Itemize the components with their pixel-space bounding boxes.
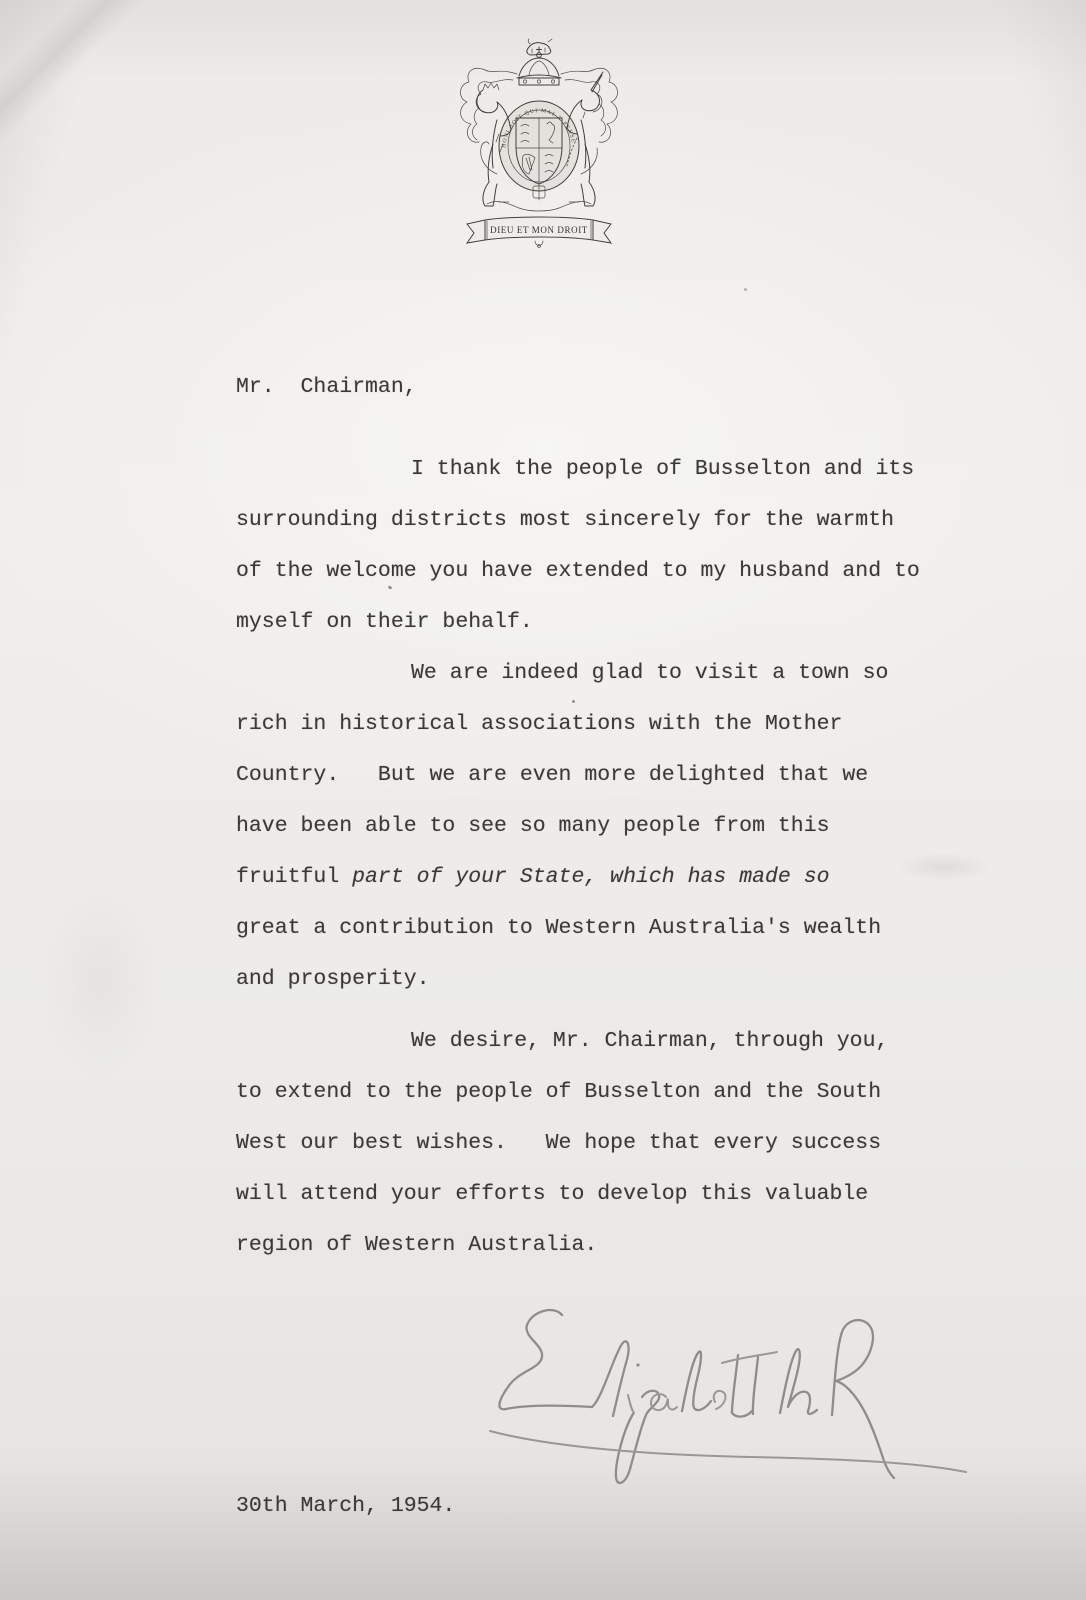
text-segment: will attend your efforts to develop this… [236,1182,868,1206]
text-segment: and prosperity. [236,967,430,991]
signature-path [714,1391,726,1409]
text-segment: myself on their behalf. [236,610,533,634]
italic-text-segment: part of your State, which has made so [352,865,829,889]
compartment-icon [487,201,591,211]
text-segment: We are indeed glad to visit a town so [411,661,888,685]
letter-line: myself on their behalf. [236,597,920,648]
signature-path [682,1351,711,1411]
letter-line: to extend to the people of Busselton and… [236,1067,920,1118]
text-segment: West our best wishes. We hope that every… [236,1131,881,1155]
letter-line: of the welcome you have extended to my h… [236,546,920,597]
letter-line: region of Western Australia. [236,1220,920,1271]
motto-text: DIEU ET MON DROIT [490,225,588,235]
text-segment: to extend to the people of Busselton and… [236,1080,881,1104]
letter-body: Mr. Chairman, I thank the people of Buss… [236,362,920,1271]
letter-line: rich in historical associations with the… [236,699,920,750]
text-segment: Country. But we are even more delighted … [236,763,868,787]
signature-path [753,1357,758,1414]
text-segment: rich in historical associations with the… [236,712,842,736]
letter-line: We are indeed glad to visit a town so [236,648,920,699]
letter-page: HONI SOIT QUI MAL Y PENSE DIEU ET MON DR… [0,0,1086,1600]
crest-motto-banner: DIEU ET MON DROIT [467,217,611,247]
paragraph: I thank the people of Busselton and itss… [236,444,920,648]
text-segment: surrounding districts most sincerely for… [236,508,894,532]
paper-crease [0,0,140,140]
letter-line: have been able to see so many people fro… [236,801,920,852]
signature-path [651,1394,677,1410]
signature-path [780,1349,817,1414]
paragraph: We desire, Mr. Chairman, through you,to … [236,1016,920,1271]
text-segment: fruitful [236,865,352,889]
paper-smudge [40,880,160,1080]
text-segment: have been able to see so many people fro… [236,814,830,838]
letter-line: We desire, Mr. Chairman, through you, [236,1016,920,1067]
text-segment: region of Western Australia. [236,1233,597,1257]
letter-line: great a contribution to Western Australi… [236,903,920,954]
signature-underline [490,1431,966,1472]
salutation: Mr. Chairman, [236,362,920,413]
signature-path [732,1355,752,1417]
letter-line: surrounding districts most sincerely for… [236,495,920,546]
paper-speck [744,288,747,291]
text-segment: I thank the people of Busselton and its [411,457,914,481]
letter-line: fruitful part of your State, which has m… [236,852,920,903]
paragraph: We are indeed glad to visit a town soric… [236,648,920,1005]
letter-line: I thank the people of Busselton and its [236,444,920,495]
text-segment: of the welcome you have extended to my h… [236,559,920,583]
signature [470,1295,990,1505]
signature-path [722,1352,777,1363]
date-line: 30th March, 1954. [236,1481,455,1532]
text-segment: great a contribution to Western Australi… [236,916,881,940]
signature-path [592,1341,629,1416]
letter-line: Country. But we are even more delighted … [236,750,920,801]
crown-icon [517,47,561,85]
letter-paragraphs: I thank the people of Busselton and itss… [236,444,920,1271]
signature-path [832,1320,894,1478]
letter-line: will attend your efforts to develop this… [236,1169,920,1220]
signature-path [628,1395,634,1413]
signature-path [499,1310,592,1409]
royal-coat-of-arms: HONI SOIT QUI MAL Y PENSE DIEU ET MON DR… [453,34,625,248]
text-segment: We desire, Mr. Chairman, through you, [411,1029,888,1053]
letter-line: and prosperity. [236,954,920,1005]
signature-path [616,1391,659,1483]
letter-line: West our best wishes. We hope that every… [236,1118,920,1169]
